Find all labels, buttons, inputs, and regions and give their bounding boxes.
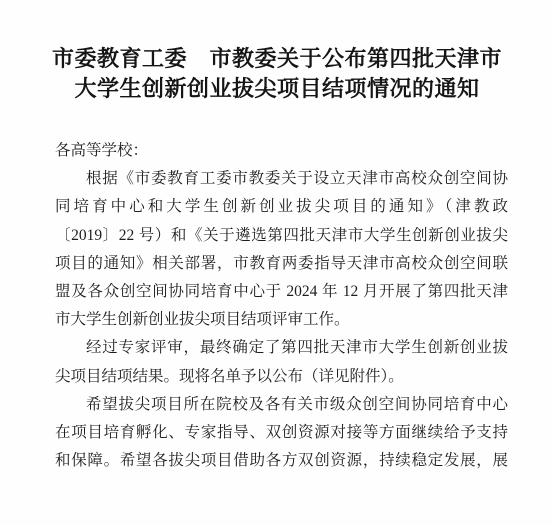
body-line: 在项目培育孵化、专家指导、双创资源对接等方面继续给予支持: [55, 419, 508, 447]
body-line: 根据《市委教育工委市教委关于设立天津市高校众创空间协: [55, 165, 508, 193]
body-line: 尖项目结项结果。现将名单予以公布（详见附件）。: [55, 363, 508, 391]
body-line: 市大学生创新创业拔尖项目结项评审工作。: [55, 306, 508, 334]
document-title-line-2: 大学生创新创业拔尖项目结项情况的通知: [0, 74, 554, 104]
body-line: 项目的通知》相关部署，市教育两委指导天津市高校众创空间联: [55, 250, 508, 278]
body-line: 〔2019〕22 号）和《关于遴选第四批天津市大学生创新创业拔尖: [55, 222, 508, 250]
body-line: 希望拔尖项目所在院校及各有关市级众创空间协同培育中心: [55, 391, 508, 419]
scanned-notice-page: 市委教育工委 市教委关于公布第四批天津市 大学生创新创业拔尖项目结项情况的通知 …: [0, 0, 554, 525]
salutation-line: 各高等学校：: [55, 137, 508, 165]
document-title-line-1: 市委教育工委 市教委关于公布第四批天津市: [0, 44, 554, 74]
document-body: 各高等学校： 根据《市委教育工委市教委关于设立天津市高校众创空间协 同培育中心和…: [0, 137, 554, 475]
body-line: 经过专家评审，最终确定了第四批天津市大学生创新创业拔: [55, 334, 508, 362]
body-line: 同培育中心和大学生创新创业拔尖项目的通知》（津教政: [55, 193, 508, 221]
body-line: 盟及各众创空间协同培育中心于 2024 年 12 月开展了第四批天津: [55, 278, 508, 306]
document-title: 市委教育工委 市教委关于公布第四批天津市 大学生创新创业拔尖项目结项情况的通知: [0, 0, 554, 104]
body-line: 和保障。希望各拔尖项目借助各方双创资源，持续稳定发展，展: [55, 447, 508, 475]
